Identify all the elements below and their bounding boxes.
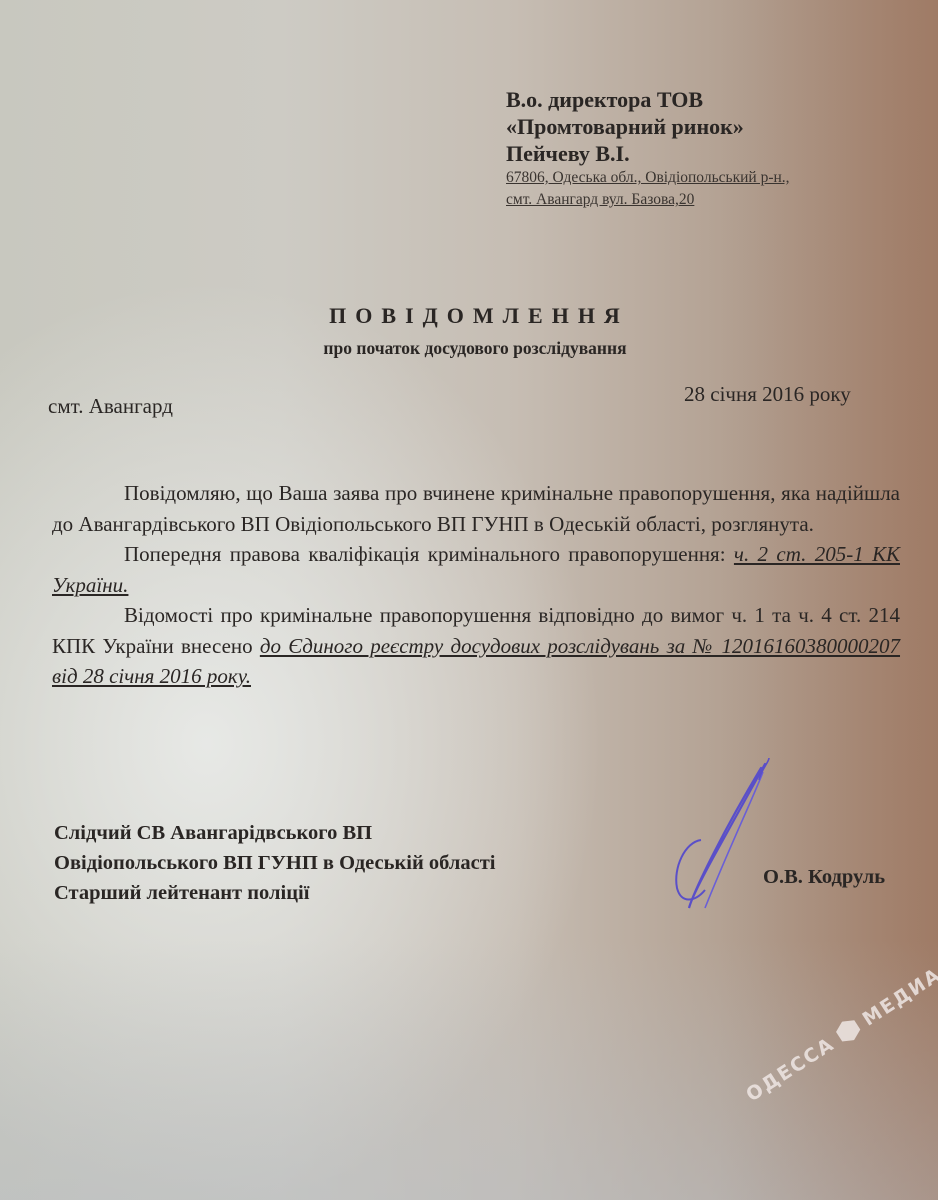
addressee-address-line-1: 67806, Одеська обл., Овідіопольський р-н… (506, 167, 790, 189)
signatory-position: Слідчий СВ Авангарідвського ВП (54, 818, 496, 848)
paragraph-notification: Повідомляю, що Ваша заява про вчинене кр… (52, 478, 900, 539)
watermark-logo-icon (833, 1016, 863, 1046)
document-title: ПОВІДОМЛЕННЯ (0, 303, 938, 329)
paragraph-registry: Відомості про кримінальне правопорушення… (52, 600, 900, 692)
watermark: ОДЕССАМЕДИА (742, 963, 938, 1107)
qualification-label: Попередня правова кваліфікація криміналь… (124, 542, 726, 566)
watermark-right: МЕДИА (859, 963, 938, 1030)
signatory-block: Слідчий СВ Авангарідвського ВП Овідіопол… (54, 818, 496, 908)
paragraph-qualification: Попередня правова кваліфікація криміналь… (52, 539, 900, 600)
addressee-position: В.о. директора ТОВ (506, 86, 790, 113)
addressee-company: «Промтоварний ринок» (506, 113, 790, 140)
document-body: Повідомляю, що Ваша заява про вчинене кр… (52, 478, 900, 692)
document-subtitle: про початок досудового розслідування (0, 338, 938, 359)
watermark-left: ОДЕССА (742, 1033, 838, 1106)
addressee-block: В.о. директора ТОВ «Промтоварний ринок» … (506, 86, 790, 211)
addressee-name: Пейчеву В.І. (506, 140, 790, 167)
signatory-rank: Старший лейтенант поліції (54, 878, 496, 908)
handwritten-signature-icon (665, 758, 785, 918)
signatory-department: Овідіопольського ВП ГУНП в Одеській обла… (54, 848, 496, 878)
addressee-address-line-2: смт. Авангард вул. Базова,20 (506, 189, 790, 211)
document-date: 28 січня 2016 року (684, 382, 851, 407)
document-place: смт. Авангард (48, 394, 173, 419)
signatory-name: О.В. Кодруль (763, 866, 885, 889)
